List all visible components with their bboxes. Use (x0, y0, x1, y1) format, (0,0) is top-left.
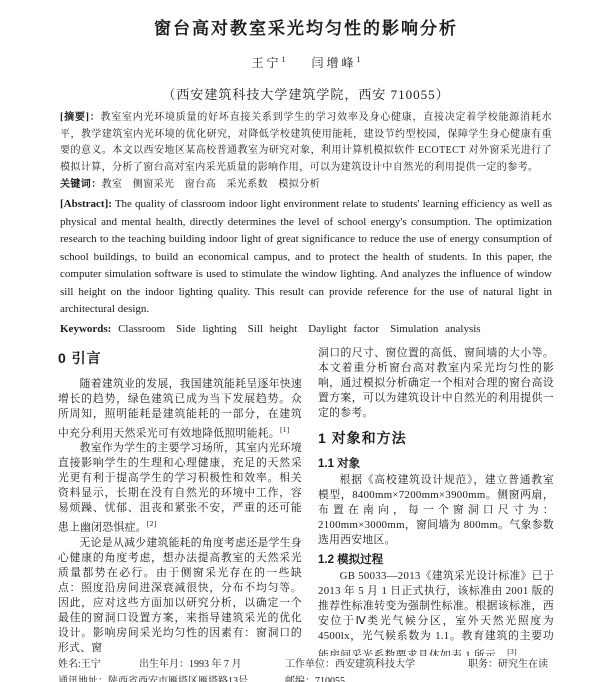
author-affiliation-mark-1: 1 (282, 55, 286, 64)
paper-title: 窗台高对教室采光均匀性的影响分析 (58, 14, 554, 39)
object-paragraph: 根据《高校建筑设计规范》，建立普通教室模型，8400mm×7200mm×3900… (318, 473, 554, 548)
affiliation-line: （西安建筑科技大学建筑学院，西安 710055） (58, 84, 554, 103)
keywords-cn-label: 关键词： (60, 179, 102, 190)
footer-birth-date: 出生年月：1993 年 7 月 (139, 656, 285, 673)
citation-ref-2: [2] (147, 519, 157, 528)
intro-paragraph-3-continued: 洞口的尺寸、窗位置的高低、窗间墙的大小等。本文着重分析窗台高对教室内采光均匀性的… (318, 346, 554, 421)
footer-employer: 工作单位：西安建筑科技大学 (285, 656, 468, 673)
keywords-cn-text: 教室 侧窗采光 窗台高 采光系数 模拟分析 (102, 179, 320, 190)
keywords-en-label: Keywords: (60, 323, 111, 335)
author-line: 王宁1闫增峰1 (58, 54, 554, 71)
abstract-cn: [摘要]：教室室内光环境质量的好坏直接关系到学生的学习效率及身心健康，直接决定着… (60, 110, 552, 176)
abstract-en: [Abstract]: The quality of classroom ind… (60, 196, 552, 319)
subsection-heading-process: 1.2 模拟过程 (318, 551, 554, 567)
paper-page: 窗台高对教室采光均匀性的影响分析 王宁1闫增峰1 （西安建筑科技大学建筑学院，西… (0, 0, 600, 682)
footer-author-name: 姓名:王宁 (58, 656, 139, 673)
column-left: 0 引言 随着建筑业的发展，我国建筑能耗呈逐年快速增长的趋势，绿色建筑已成为当下… (58, 346, 302, 664)
author-affiliation-mark-2: 1 (357, 55, 361, 64)
footer-line-2: 通讯地址：陕西省西安市雁塔区雁塔路13号邮编：710055 (58, 673, 570, 682)
subsection-heading-object: 1.1 对象 (318, 455, 554, 471)
author-bio-footer: 姓名:王宁出生年月：1993 年 7 月工作单位：西安建筑科技大学职务：研究生在… (58, 656, 570, 682)
footer-line-1: 姓名:王宁出生年月：1993 年 7 月工作单位：西安建筑科技大学职务：研究生在… (58, 656, 570, 673)
column-right: 洞口的尺寸、窗位置的高低、窗间墙的大小等。本文着重分析窗台高对教室内采光均匀性的… (318, 346, 554, 664)
footer-address: 通讯地址：陕西省西安市雁塔区雁塔路13号 (58, 673, 285, 682)
section-heading-intro: 0 引言 (58, 348, 302, 368)
author-name-1: 王宁 (251, 56, 281, 70)
citation-ref-3: [3] (507, 647, 517, 656)
two-column-body: 0 引言 随着建筑业的发展，我国建筑能耗呈逐年快速增长的趋势，绿色建筑已成为当下… (58, 346, 554, 664)
intro-paragraph-1: 随着建筑业的发展，我国建筑能耗呈逐年快速增长的趋势，绿色建筑已成为当下发展趋势。… (58, 377, 302, 442)
intro-paragraph-1-text: 随着建筑业的发展，我国建筑能耗呈逐年快速增长的趋势，绿色建筑已成为当下发展趋势。… (58, 378, 302, 440)
intro-paragraph-3: 无论是从减少建筑能耗的角度考虑还是学生身心健康的角度考虑，想办法提高教室的天然采… (58, 536, 302, 656)
abstract-cn-label: [摘要]： (60, 112, 100, 123)
abstract-cn-text: 教室室内光环境质量的好坏直接关系到学生的学习效率及身心健康，直接决定着学校能源消… (60, 112, 552, 173)
abstract-en-text: The quality of classroom indoor light en… (60, 198, 552, 315)
intro-paragraph-2-text: 教室作为学生的主要学习场所，其室内光环境直接影响学生的生理和心理健康，充足的天然… (58, 442, 302, 534)
keywords-en-text: Classroom Side lighting Sill height Dayl… (111, 323, 480, 335)
intro-paragraph-2: 教室作为学生的主要学习场所，其室内光环境直接影响学生的生理和心理健康，充足的天然… (58, 441, 302, 536)
abstract-en-label: [Abstract]: (60, 198, 112, 210)
author-name-2: 闫增峰 (312, 56, 357, 70)
footer-postcode: 邮编：710055 (285, 673, 345, 682)
intro-paragraph-3-text: 无论是从减少建筑能耗的角度考虑还是学生身心健康的角度考虑，想办法提高教室的天然采… (58, 537, 302, 654)
process-paragraph-text: GB 50033—2013《建筑采光设计标准》已于 2013 年 5 月 1 日… (318, 570, 554, 662)
citation-ref-1: [1] (280, 425, 290, 434)
keywords-cn: 关键词：教室 侧窗采光 窗台高 采光系数 模拟分析 (60, 177, 552, 193)
process-paragraph: GB 50033—2013《建筑采光设计标准》已于 2013 年 5 月 1 日… (318, 569, 554, 664)
section-heading-methods: 1 对象和方法 (318, 428, 554, 448)
footer-position: 职务：研究生在读 (468, 656, 548, 673)
keywords-en: Keywords: Classroom Side lighting Sill h… (60, 321, 552, 338)
